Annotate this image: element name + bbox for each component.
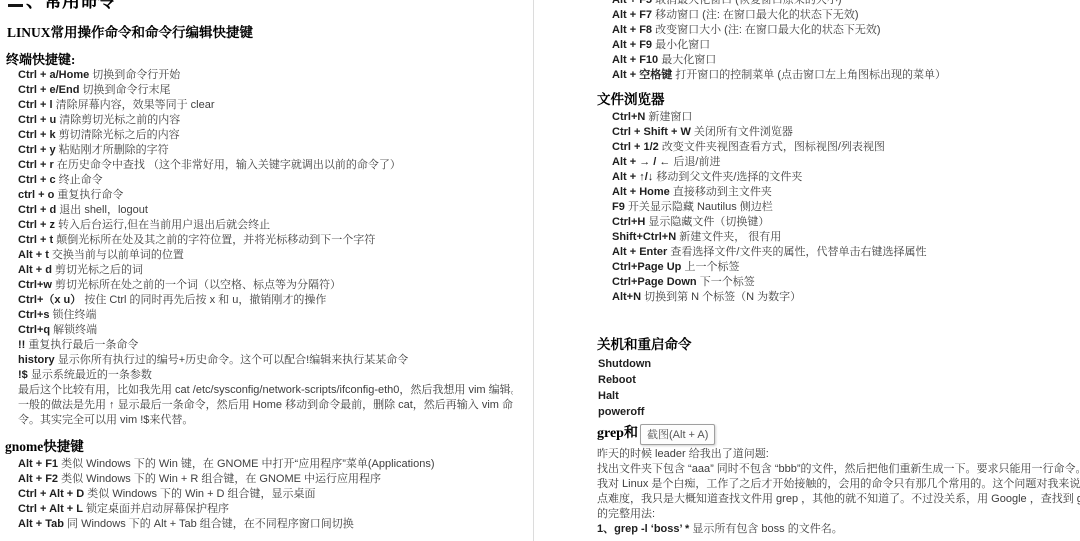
shortcut-key: Shift+Ctrl+N	[612, 231, 676, 243]
shortcut-description: 清除屏幕内容，效果等同于 clear	[53, 99, 215, 111]
shortcut-line: Ctrl + u 清除剪切光标之前的内容	[18, 113, 513, 128]
heading-linux-commands: LINUX常用操作命令和命令行编辑快捷键	[7, 21, 253, 41]
shortcut-line: Ctrl + z 转入后台运行,但在当前用户退出后就会终止	[18, 218, 513, 233]
command-line: poweroff	[598, 404, 651, 420]
shortcut-description: 解锁终端	[50, 324, 97, 336]
shortcut-line: 最后这个比较有用，比如我先用 cat /etc/sysconfig/networ…	[18, 383, 513, 398]
shortcut-key: Alt + ↑/↓	[612, 171, 653, 183]
shortcut-description: 类似 Windows 下的 Win 键，在 GNOME 中打开“应用程序”菜单(…	[58, 458, 434, 470]
shortcut-line: Ctrl + Alt + L 锁定桌面并启动屏幕保护程序	[18, 502, 513, 517]
shortcut-key: Alt + d	[18, 264, 52, 276]
shutdown-command-list: ShutdownRebootHaltpoweroff	[598, 356, 651, 420]
shortcut-key: Ctrl + z	[18, 219, 55, 231]
paragraph-line: 1、grep -l ‘boss’ * 显示所有包含 boss 的文件名。	[597, 522, 1080, 537]
shortcut-line: !$ 显示系统最近的一条参数	[18, 368, 513, 383]
shortcut-description: 显示所有包含 boss 的文件名。	[689, 523, 842, 535]
shortcut-key: Ctrl+（x u）	[18, 294, 81, 306]
shortcut-line: Ctrl + c 终止命令	[18, 173, 513, 188]
shortcut-line: Ctrl + Shift + W 关闭所有文件浏览器	[612, 125, 1080, 140]
shortcut-key: Alt + F5	[612, 0, 652, 6]
shortcut-description: 同 Windows 下的 Alt + Tab 组合键，在不同程序窗口间切换	[64, 518, 354, 530]
command-line: Reboot	[598, 372, 651, 388]
file-browser-shortcut-list: Ctrl+N 新建窗口Ctrl + Shift + W 关闭所有文件浏览器Ctr…	[612, 110, 1080, 305]
shortcut-key: 1、grep -l ‘boss’ *	[597, 523, 689, 535]
screenshot-tooltip: 截图(Alt + A)	[640, 424, 715, 445]
shortcut-description: 打开窗口的控制菜单 (点击窗口左上角图标出现的菜单）	[672, 69, 946, 81]
shortcut-line: Ctrl + d 退出 shell，logout	[18, 203, 513, 218]
shortcut-description: 最小化窗口	[652, 39, 710, 51]
shortcut-line: Ctrl+Page Down 下一个标签	[612, 275, 1080, 290]
shortcut-description: 转入后台运行,但在当前用户退出后就会终止	[55, 219, 270, 231]
terminal-shortcut-list: Ctrl + a/Home 切换到命令行开始Ctrl + e/End 切换到命令…	[18, 68, 513, 428]
shortcut-line: 一般的做法是先用 ↑ 显示最后一条命令，然后用 Home 移动到命令最前，删除 …	[18, 398, 513, 413]
shortcut-key: Alt + Home	[612, 186, 670, 198]
shortcut-description: 切换到命令行末尾	[79, 84, 170, 96]
shortcut-line: Ctrl + k 剪切清除光标之后的内容	[18, 128, 513, 143]
shortcut-line: Alt + → / ← 后退/前进	[612, 155, 1080, 170]
shortcut-line: F9 开关显示隐藏 Nautilus 侧边栏	[612, 200, 1080, 215]
shortcut-description: 剪切光标所在处之前的一个词（以空格、标点等为分隔符）	[52, 279, 341, 291]
shortcut-key: Ctrl+q	[18, 324, 50, 336]
shortcut-description: 查看选择文件/文件夹的属性，代替单击右键选择属性	[667, 246, 926, 258]
shortcut-line: Ctrl + a/Home 切换到命令行开始	[18, 68, 513, 83]
shortcut-line: history 显示你所有执行过的编号+历史命令。这个可以配合!编辑来执行某某命…	[18, 353, 513, 368]
shortcut-key: F9	[612, 201, 625, 213]
heading-file-browser: 文件浏览器	[597, 88, 665, 108]
shortcut-description: 新建窗口	[645, 111, 692, 123]
clipped-numeral-stroke	[8, 4, 23, 7]
shortcut-line: Ctrl + y 粘贴刚才所删除的字符	[18, 143, 513, 158]
shortcut-key: Ctrl+w	[18, 279, 52, 291]
shortcut-description: 新建文件夹， 很有用	[676, 231, 781, 243]
shortcut-line: Alt + Enter 查看选择文件/文件夹的属性，代替单击右键选择属性	[612, 245, 1080, 260]
shortcut-key: Ctrl + Alt + D	[18, 488, 84, 500]
shortcut-description: 锁住终端	[50, 309, 97, 321]
page-gap-divider	[533, 0, 534, 541]
right-page-column: Alt + F5 取消最大化窗口 (恢复窗口原来的大小)Alt + F7 移动窗…	[540, 0, 1080, 541]
shortcut-description: 显示你所有执行过的编号+历史命令。这个可以配合!编辑来执行某某命令	[55, 354, 409, 366]
shortcut-key: Alt + t	[18, 249, 49, 261]
shortcut-line: Ctrl+s 锁住终端	[18, 308, 513, 323]
shortcut-description: 在历史命令中查找 （这个非常好用，输入关键字就调出以前的命令了）	[54, 159, 401, 171]
shortcut-line: Alt + F1 类似 Windows 下的 Win 键，在 GNOME 中打开…	[18, 457, 513, 472]
paragraph-line: 我对 Linux 是个白痴，工作了之后才开始接触的，会用的命令只有那几个常用的。…	[597, 477, 1080, 492]
shortcut-description: 下一个标签	[697, 276, 755, 288]
section-title-clipped: 、常用命令	[8, 0, 116, 13]
left-page-column: 、常用命令 LINUX常用操作命令和命令行编辑快捷键 终端快捷键: Ctrl +…	[0, 0, 513, 541]
shortcut-key: Ctrl + d	[18, 204, 56, 216]
shortcut-key: Ctrl+s	[18, 309, 50, 321]
shortcut-key: Alt + F1	[18, 458, 58, 470]
shortcut-line: Ctrl+H 显示隐藏文件（切换键）	[612, 215, 1080, 230]
document-page: 、常用命令 LINUX常用操作命令和命令行编辑快捷键 终端快捷键: Ctrl +…	[0, 0, 1080, 541]
shortcut-description: 清除剪切光标之前的内容	[56, 114, 180, 126]
shortcut-description: 取消最大化窗口 (恢复窗口原来的大小)	[652, 0, 841, 6]
shortcut-key: ctrl + o	[18, 189, 54, 201]
section-title-text: 、常用命令	[26, 0, 116, 11]
shortcut-line: Ctrl+N 新建窗口	[612, 110, 1080, 125]
paragraph-line: 点难度，我只是大概知道查找文件用 grep ，其他的就不知道了。不过没关系，用 …	[597, 492, 1080, 507]
window-shortcut-list: Alt + F5 取消最大化窗口 (恢复窗口原来的大小)Alt + F7 移动窗…	[612, 0, 1080, 83]
shortcut-key: Alt + F2	[18, 473, 58, 485]
shortcut-key: Ctrl+H	[612, 216, 645, 228]
shortcut-line: Ctrl + 1/2 改变文件夹视图查看方式，图标视图/列表视图	[612, 140, 1080, 155]
grep-paragraph: 昨天的时候 leader 给我出了道问题:找出文件夹下包含 “aaa” 同时不包…	[597, 447, 1080, 537]
shortcut-description: 类似 Windows 下的 Win + D 组合键，显示桌面	[84, 488, 315, 500]
command-line: Shutdown	[598, 356, 651, 372]
shortcut-line: Ctrl+Page Up 上一个标签	[612, 260, 1080, 275]
shortcut-description: 重复执行最后一条命令	[25, 339, 138, 351]
shortcut-line: Alt + ↑/↓ 移动到父文件夹/选择的文件夹	[612, 170, 1080, 185]
shortcut-description: 改变窗口大小 (注: 在窗口最大化的状态下无效)	[652, 24, 881, 36]
shortcut-key: !$	[18, 369, 28, 381]
paragraph-line: 找出文件夹下包含 “aaa” 同时不包含 “bbb”的文件，然后把他们重新生成一…	[597, 462, 1080, 477]
shortcut-description: 剪切光标之后的词	[52, 264, 143, 276]
shortcut-key: Ctrl + e/End	[18, 84, 79, 96]
shortcut-description: 按住 Ctrl 的同时再先后按 x 和 u，撤销刚才的操作	[81, 294, 326, 306]
shortcut-key: Ctrl+N	[612, 111, 645, 123]
shortcut-line: Alt + F8 改变窗口大小 (注: 在窗口最大化的状态下无效)	[612, 23, 1080, 38]
shortcut-description: 移动窗口 (注: 在窗口最大化的状态下无效)	[652, 9, 859, 21]
shortcut-line: 令。其实完全可以用 vim !$来代替。	[18, 413, 513, 428]
shortcut-line: Alt + F2 类似 Windows 下的 Win + R 组合键，在 GNO…	[18, 472, 513, 487]
shortcut-key: Ctrl + k	[18, 129, 56, 141]
shortcut-line: Alt + F5 取消最大化窗口 (恢复窗口原来的大小)	[612, 0, 1080, 8]
shortcut-key: Alt + 空格键	[612, 69, 672, 81]
shortcut-line: Shift+Ctrl+N 新建文件夹， 很有用	[612, 230, 1080, 245]
paragraph-line: 昨天的时候 leader 给我出了道问题:	[597, 447, 1080, 462]
shortcut-line: Alt + Tab 同 Windows 下的 Alt + Tab 组合键，在不同…	[18, 517, 513, 532]
shortcut-description: 粘贴刚才所删除的字符	[56, 144, 169, 156]
shortcut-description: 重复执行命令	[54, 189, 123, 201]
shortcut-description: 显示隐藏文件（切换键）	[645, 216, 769, 228]
shortcut-key: Ctrl+Page Up	[612, 261, 681, 273]
shortcut-description: 开关显示隐藏 Nautilus 侧边栏	[625, 201, 773, 213]
shortcut-key: history	[18, 354, 55, 366]
shortcut-line: Alt + d 剪切光标之后的词	[18, 263, 513, 278]
shortcut-description: 交换当前与以前单词的位置	[49, 249, 184, 261]
shortcut-key: Ctrl + Shift + W	[612, 126, 691, 138]
shortcut-line: Alt + t 交换当前与以前单词的位置	[18, 248, 513, 263]
shortcut-key: Ctrl + a/Home	[18, 69, 89, 81]
shortcut-description: 直接移动到主文件夹	[670, 186, 772, 198]
shortcut-line: Ctrl + e/End 切换到命令行末尾	[18, 83, 513, 98]
shortcut-key: Alt + F9	[612, 39, 652, 51]
shortcut-line: Alt + F9 最小化窗口	[612, 38, 1080, 53]
shortcut-line: Alt+N 切换到第 N 个标签（N 为数字）	[612, 290, 1080, 305]
shortcut-line: !! 重复执行最后一条命令	[18, 338, 513, 353]
shortcut-description: 类似 Windows 下的 Win + R 组合键，在 GNOME 中运行应用程…	[58, 473, 381, 485]
shortcut-description: 切换到第 N 个标签（N 为数字）	[641, 291, 801, 303]
heading-grep: grep和	[597, 422, 638, 442]
shortcut-description: 关闭所有文件浏览器	[691, 126, 793, 138]
shortcut-line: Ctrl + l 清除屏幕内容，效果等同于 clear	[18, 98, 513, 113]
shortcut-key: Ctrl + y	[18, 144, 56, 156]
shortcut-key: Ctrl + r	[18, 159, 54, 171]
shortcut-key: Ctrl+Page Down	[612, 276, 697, 288]
shortcut-key: Alt + → / ←	[612, 156, 670, 168]
screenshot-tooltip-label: 截图(Alt + A)	[647, 429, 708, 441]
shortcut-line: Alt + F10 最大化窗口	[612, 53, 1080, 68]
shortcut-description: 移动到父文件夹/选择的文件夹	[653, 171, 802, 183]
shortcut-key: Ctrl + Alt + L	[18, 503, 83, 515]
shortcut-line: ctrl + o 重复执行命令	[18, 188, 513, 203]
shortcut-key: Alt + Tab	[18, 518, 64, 530]
shortcut-key: Alt + Enter	[612, 246, 667, 258]
heading-gnome-shortcuts: gnome快捷键	[5, 435, 84, 455]
paragraph-line: 的完整用法:	[597, 507, 1080, 522]
heading-terminal-shortcuts: 终端快捷键:	[6, 49, 75, 68]
shortcut-key: Alt + F7	[612, 9, 652, 21]
shortcut-key: Alt + F8	[612, 24, 652, 36]
shortcut-description: 剪切清除光标之后的内容	[56, 129, 180, 141]
shortcut-line: Ctrl + t 颠倒光标所在处及其之前的字符位置，并将光标移动到下一个字符	[18, 233, 513, 248]
heading-shutdown-commands: 关机和重启命令	[597, 333, 692, 353]
shortcut-key: Alt + F10	[612, 54, 658, 66]
shortcut-line: Alt + F7 移动窗口 (注: 在窗口最大化的状态下无效)	[612, 8, 1080, 23]
shortcut-key: Ctrl + c	[18, 174, 56, 186]
shortcut-line: Ctrl+q 解锁终端	[18, 323, 513, 338]
shortcut-line: Ctrl + Alt + D 类似 Windows 下的 Win + D 组合键…	[18, 487, 513, 502]
shortcut-line: Ctrl + r 在历史命令中查找 （这个非常好用，输入关键字就调出以前的命令了…	[18, 158, 513, 173]
shortcut-description: 颠倒光标所在处及其之前的字符位置，并将光标移动到下一个字符	[53, 234, 375, 246]
command-line: Halt	[598, 388, 651, 404]
shortcut-description: 后退/前进	[670, 156, 720, 168]
shortcut-description: 最大化窗口	[658, 54, 716, 66]
shortcut-description: 退出 shell，logout	[56, 204, 148, 216]
shortcut-key: Ctrl + u	[18, 114, 56, 126]
shortcut-key: Ctrl + 1/2	[612, 141, 659, 153]
shortcut-line: Alt + 空格键 打开窗口的控制菜单 (点击窗口左上角图标出现的菜单）	[612, 68, 1080, 83]
gnome-shortcut-list: Alt + F1 类似 Windows 下的 Win 键，在 GNOME 中打开…	[18, 457, 513, 532]
shortcut-key: Ctrl + t	[18, 234, 53, 246]
shortcut-line: Alt + Home 直接移动到主文件夹	[612, 185, 1080, 200]
shortcut-description: 终止命令	[56, 174, 103, 186]
shortcut-description: 显示系统最近的一条参数	[28, 369, 152, 381]
shortcut-key: Ctrl + l	[18, 99, 53, 111]
shortcut-description: 切换到命令行开始	[89, 69, 180, 81]
shortcut-key: Alt+N	[612, 291, 641, 303]
shortcut-line: Ctrl+w 剪切光标所在处之前的一个词（以空格、标点等为分隔符）	[18, 278, 513, 293]
shortcut-description: 锁定桌面并启动屏幕保护程序	[83, 503, 229, 515]
shortcut-description: 改变文件夹视图查看方式，图标视图/列表视图	[659, 141, 885, 153]
shortcut-line: Ctrl+（x u） 按住 Ctrl 的同时再先后按 x 和 u，撤销刚才的操作	[18, 293, 513, 308]
shortcut-description: 上一个标签	[681, 261, 739, 273]
